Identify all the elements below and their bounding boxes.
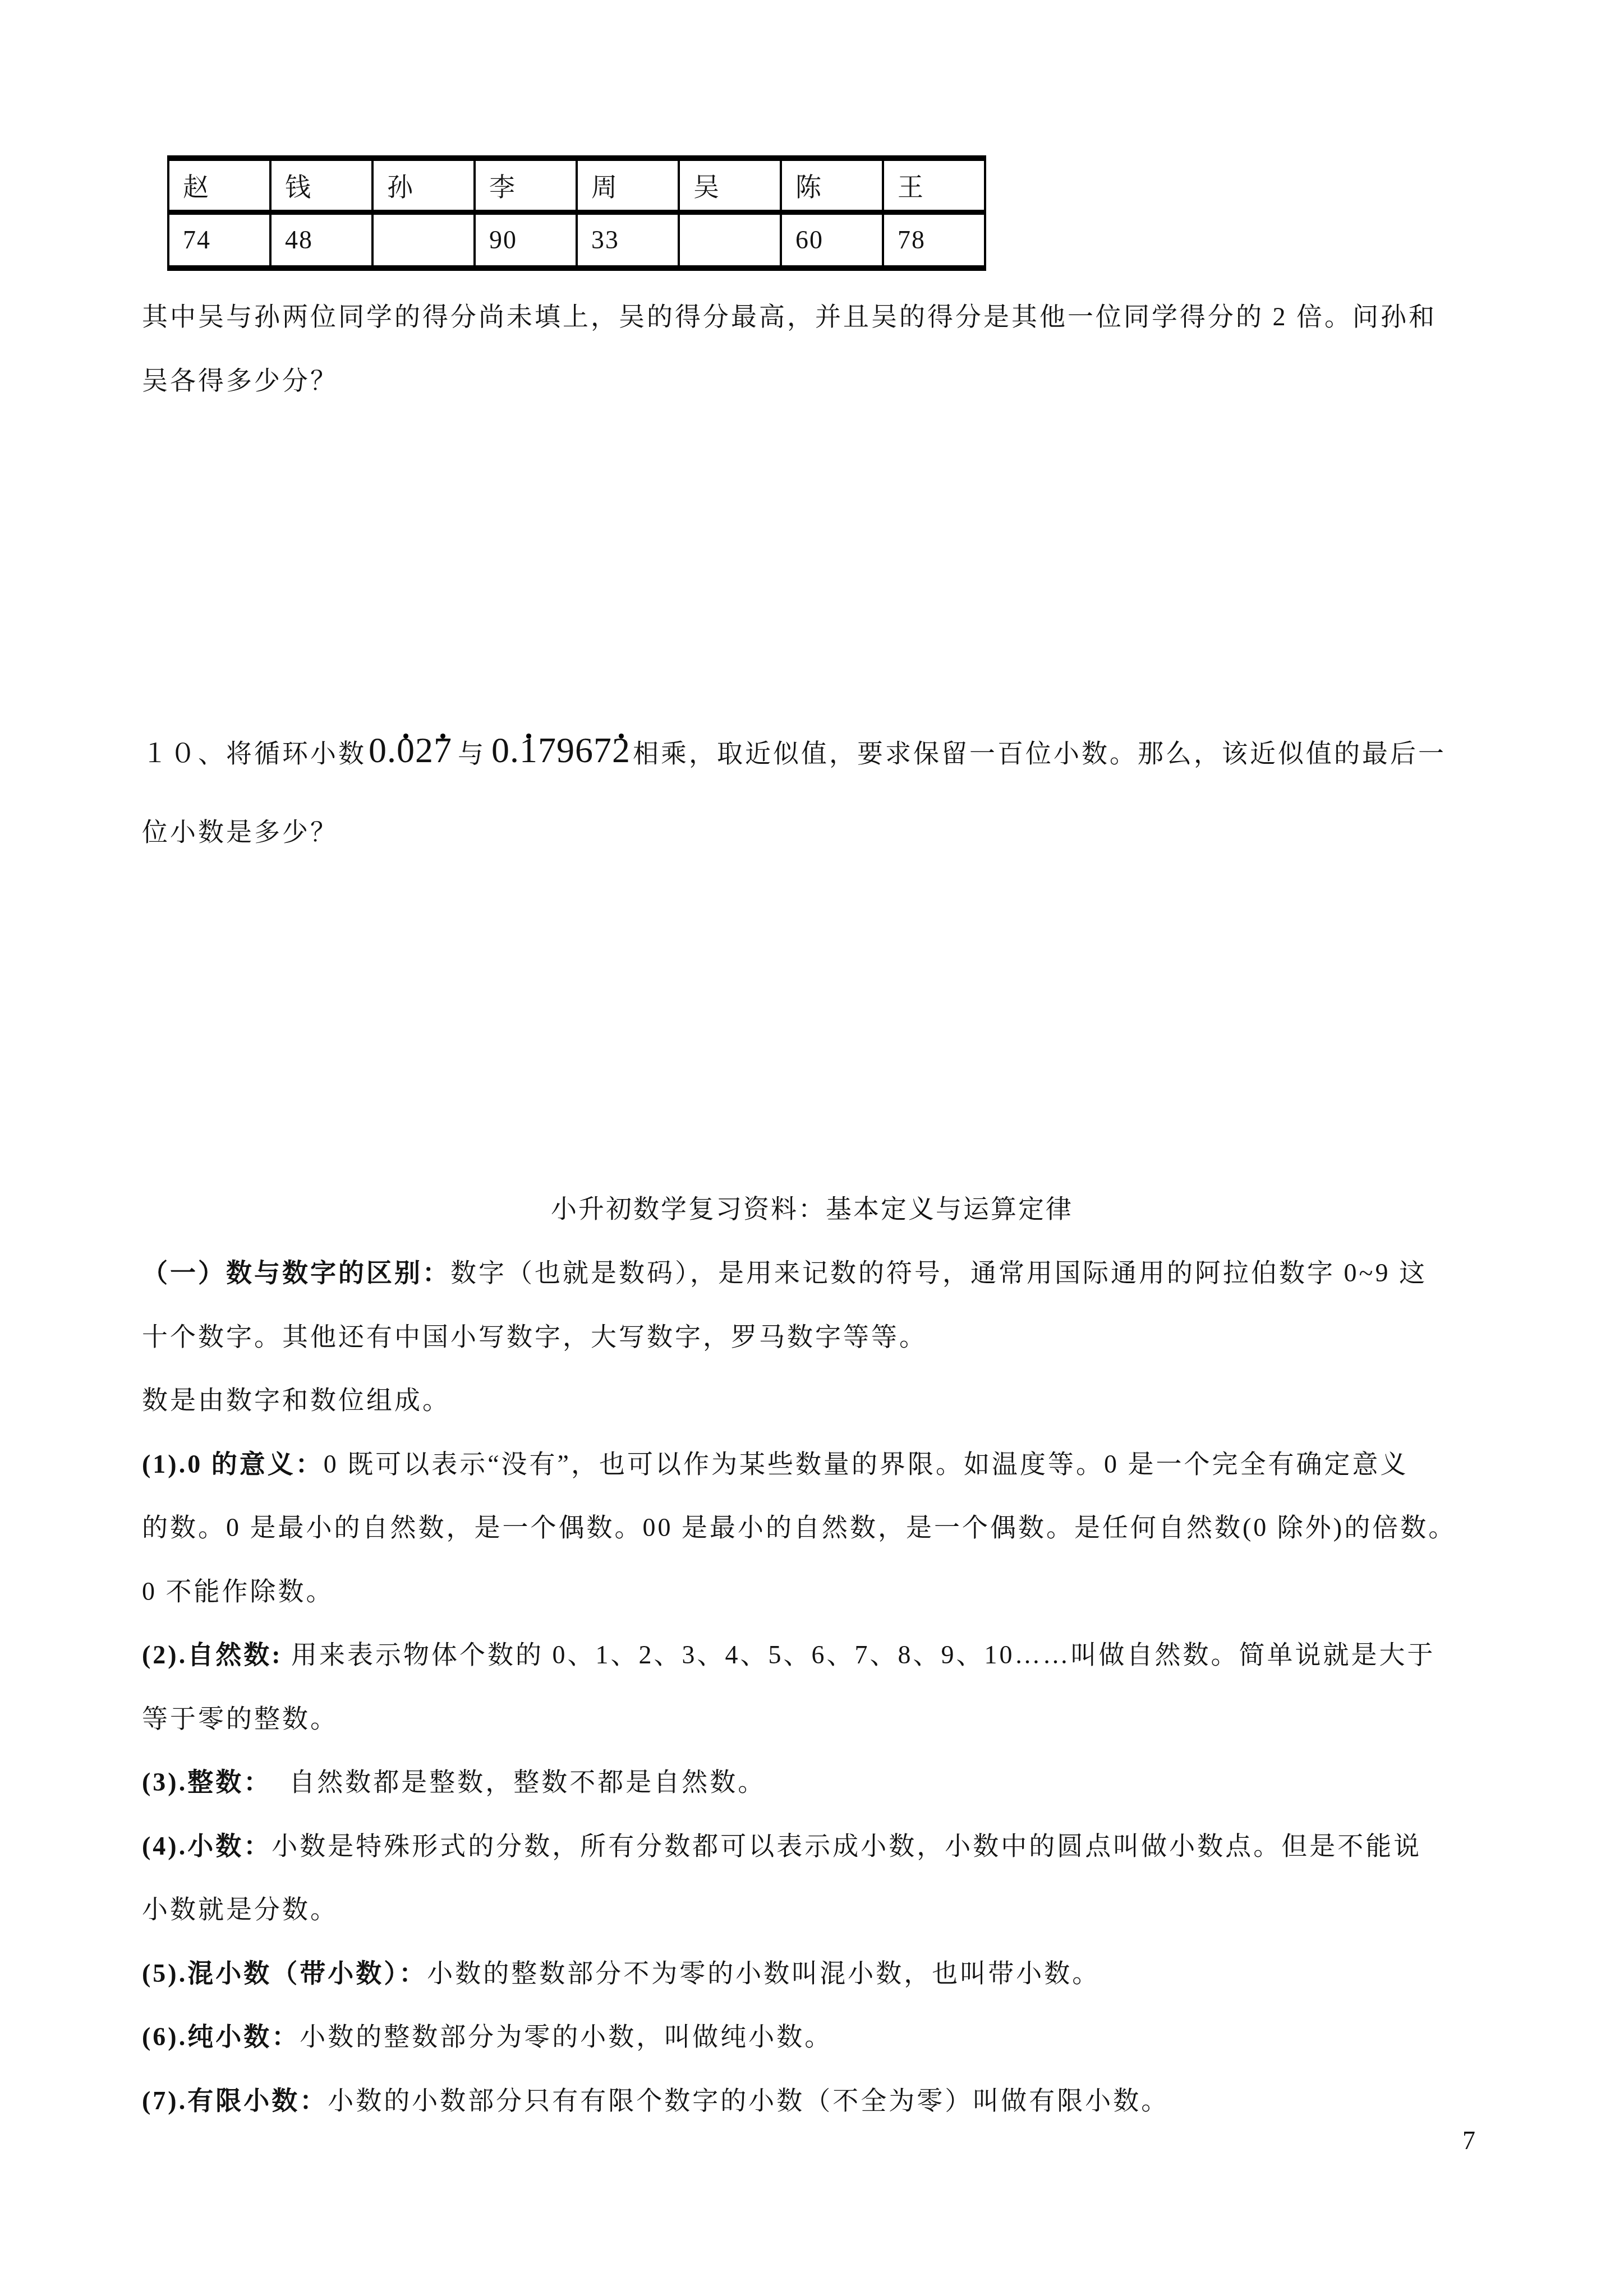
digit: 6	[575, 732, 594, 768]
section-title: 小升初数学复习资料：基本定义与运算定律	[0, 1188, 1624, 1225]
score-cell-zhou: 33	[577, 212, 679, 268]
definition-line: (1).0 的意义：0 既可以表示“没有”，也可以作为某些数量的界限。如温度等。…	[142, 1432, 1544, 1496]
definition-text: 数字（也就是数码），是用来记数的符号，通常用国际通用的阿拉伯数字 0~9 这	[450, 1258, 1427, 1287]
score-table-value-row: 74 48 90 33 60 78	[168, 212, 985, 268]
definition-line: (6).纯小数：小数的整数部分为零的小数，叫做纯小数。	[142, 2005, 1544, 2069]
header-cell-wu: 吴	[679, 158, 781, 212]
problem10-suffix: 相乘，取近似值，要求保留一百位小数。那么，该近似值的最后一	[633, 733, 1446, 770]
header-cell-zhao: 赵	[168, 158, 270, 212]
header-cell-chen: 陈	[781, 158, 883, 212]
definition-lead: （一）数与数字的区别：	[142, 1258, 450, 1287]
digit-with-repeat-dot: 2	[612, 732, 631, 768]
definition-text: 用来表示物体个数的 0、1、2、3、4、5、6、7、8、9、10……叫做自然数。…	[282, 1640, 1435, 1669]
header-cell-li: 李	[475, 158, 577, 212]
digit-with-repeat-dot: 7	[434, 732, 452, 768]
score-cell-sun	[372, 212, 475, 268]
digit: 7	[538, 732, 556, 768]
digit: 0	[369, 732, 387, 768]
header-cell-zhou: 周	[577, 158, 679, 212]
definition-text: 自然数都是整数，整数不都是自然数。	[272, 1768, 766, 1796]
definition-line: 的数。0 是最小的自然数，是一个偶数。00 是最小的自然数，是一个偶数。是任何自…	[142, 1496, 1544, 1560]
definition-line: 小数就是分数。	[142, 1878, 1544, 1942]
problem9-text: 其中吴与孙两位同学的得分尚未填上，吴的得分最高，并且吴的得分是其他一位同学得分的…	[142, 285, 1511, 412]
definition-lead: (6).纯小数：	[142, 2022, 300, 2051]
definition-text: 等于零的整数。	[142, 1704, 338, 1733]
definition-text: 0 既可以表示“没有”，也可以作为某些数量的界限。如温度等。0 是一个完全有确定…	[324, 1450, 1409, 1478]
definition-text: 0 不能作除数。	[142, 1577, 334, 1606]
definition-lead: (3).整数：	[142, 1768, 272, 1796]
header-cell-wang: 王	[883, 158, 985, 212]
definition-line: (7).有限小数：小数的小数部分只有有限个数字的小数（不全为零）叫做有限小数。	[142, 2069, 1544, 2133]
definition-line: (4).小数：小数是特殊形式的分数，所有分数都可以表示成小数，小数中的圆点叫做小…	[142, 1814, 1544, 1878]
definitions-block: （一）数与数字的区别：数字（也就是数码），是用来记数的符号，通常用国际通用的阿拉…	[142, 1241, 1544, 2132]
definition-text: 小数的整数部分为零的小数，叫做纯小数。	[300, 2022, 832, 2051]
problem10-conjunction: 与	[458, 733, 486, 770]
problem10-line2: 位小数是多少？	[142, 800, 338, 864]
problem10-prefix: １０、将循环小数	[142, 733, 366, 770]
header-cell-qian: 钱	[270, 158, 372, 212]
digit: 2	[415, 732, 434, 768]
definition-lead: (1).0 的意义：	[142, 1450, 324, 1478]
definition-line: 0 不能作除数。	[142, 1560, 1544, 1624]
score-table-header-row: 赵 钱 孙 李 周 吴 陈 王	[168, 158, 985, 212]
definition-text: 的数。0 是最小的自然数，是一个偶数。00 是最小的自然数，是一个偶数。是任何自…	[142, 1513, 1456, 1542]
definition-line: 十个数字。其他还有中国小写数字，大写数字，罗马数字等等。	[142, 1305, 1544, 1369]
definition-lead: (4).小数：	[142, 1832, 272, 1860]
page-number: 7	[1462, 2126, 1475, 2155]
score-table: 赵 钱 孙 李 周 吴 陈 王 74 48 90 33 60 78	[167, 155, 986, 271]
digit: .	[510, 732, 519, 768]
header-cell-sun: 孙	[372, 158, 475, 212]
definition-text: 小数就是分数。	[142, 1895, 338, 1924]
score-cell-chen: 60	[781, 212, 883, 268]
definition-text: 小数是特殊形式的分数，所有分数都可以表示成小数，小数中的圆点叫做小数点。但是不能…	[272, 1832, 1421, 1860]
digit: 0	[491, 732, 510, 768]
definition-line: 等于零的整数。	[142, 1687, 1544, 1751]
definition-text: 十个数字。其他还有中国小写数字，大写数字，罗马数字等等。	[142, 1322, 927, 1351]
definition-line: (3).整数： 自然数都是整数，整数不都是自然数。	[142, 1750, 1544, 1814]
definition-lead: (5).混小数（带小数）：	[142, 1959, 427, 1988]
definition-text: 小数的小数部分只有有限个数字的小数（不全为零）叫做有限小数。	[328, 2086, 1169, 2115]
repeating-decimal-1: 0.027	[366, 730, 454, 771]
score-cell-wang: 78	[883, 212, 985, 268]
definition-line: 数是由数字和数位组成。	[142, 1368, 1544, 1432]
digit: .	[387, 732, 397, 768]
problem10-line1: １０、将循环小数 0.027 与 0.179672 相乘，取近似值，要求保留一百…	[142, 730, 1446, 771]
document-page: 赵 钱 孙 李 周 吴 陈 王 74 48 90 33 60 78 其中吴与孙两…	[0, 0, 1624, 2296]
digit: 7	[594, 732, 612, 768]
definition-line: (2).自然数: 用来表示物体个数的 0、1、2、3、4、5、6、7、8、9、1…	[142, 1623, 1544, 1687]
definition-lead: (7).有限小数：	[142, 2086, 328, 2115]
digit-with-repeat-dot: 0	[397, 732, 415, 768]
definition-line: （一）数与数字的区别：数字（也就是数码），是用来记数的符号，通常用国际通用的阿拉…	[142, 1241, 1544, 1305]
definition-text: 数是由数字和数位组成。	[142, 1386, 450, 1414]
score-cell-li: 90	[475, 212, 577, 268]
definition-lead: (2).自然数:	[142, 1640, 282, 1669]
digit: 9	[556, 732, 575, 768]
score-cell-qian: 48	[270, 212, 372, 268]
digit-with-repeat-dot: 1	[519, 732, 538, 768]
repeating-decimal-2: 0.179672	[489, 730, 633, 771]
definition-text: 小数的整数部分不为零的小数叫混小数，也叫带小数。	[427, 1959, 1100, 1988]
score-cell-zhao: 74	[168, 212, 270, 268]
score-cell-wu	[679, 212, 781, 268]
definition-line: (5).混小数（带小数）：小数的整数部分不为零的小数叫混小数，也叫带小数。	[142, 1942, 1544, 2005]
